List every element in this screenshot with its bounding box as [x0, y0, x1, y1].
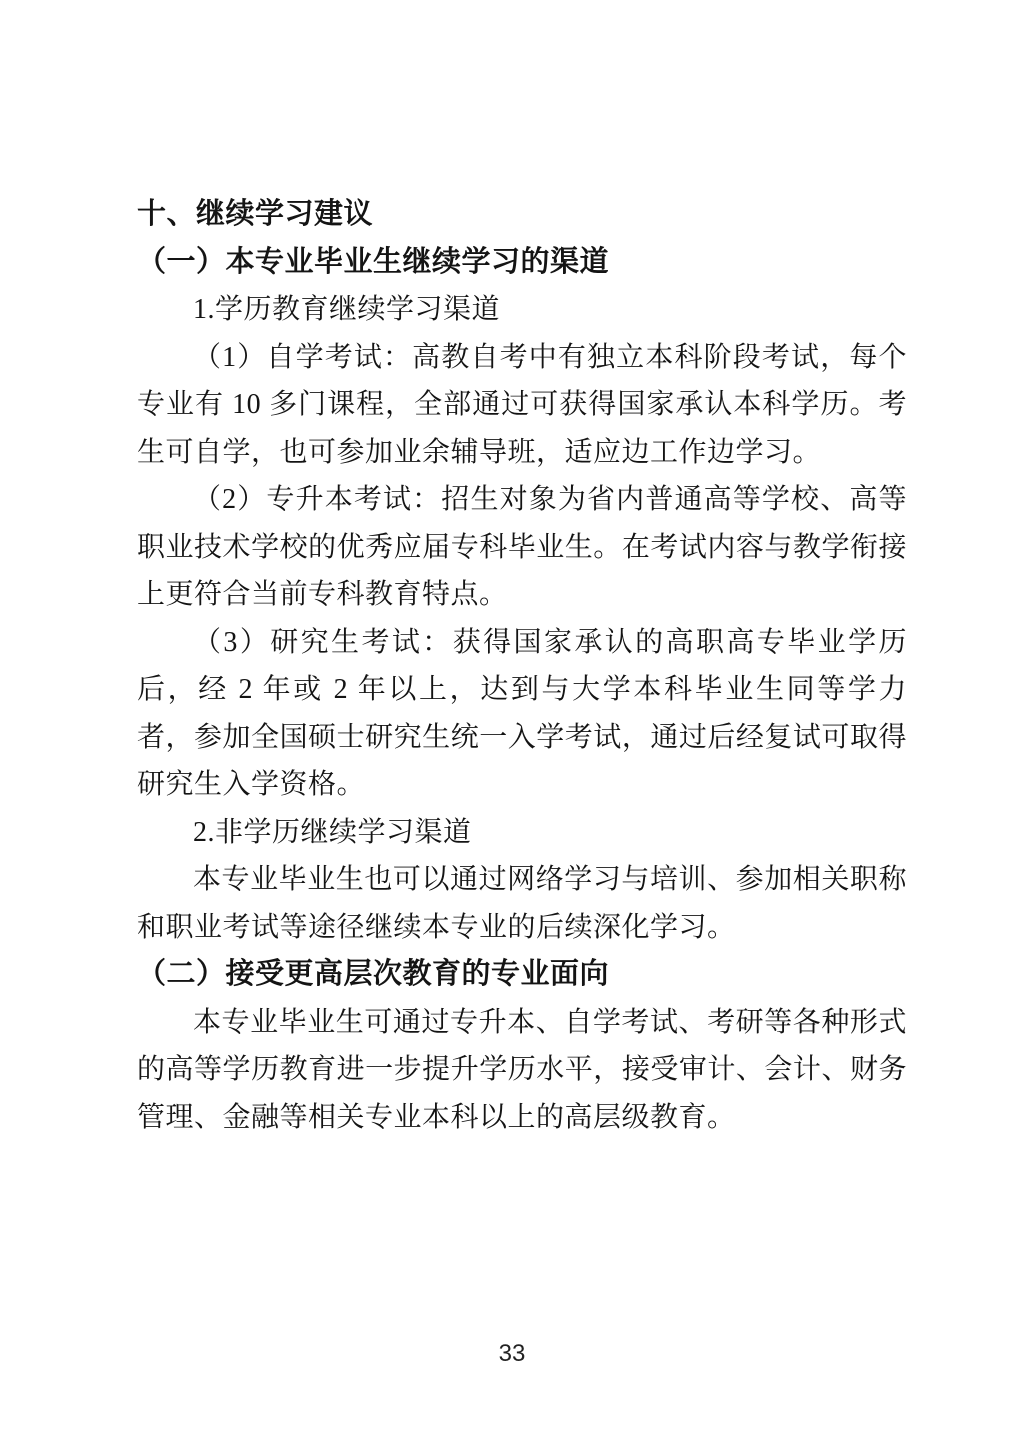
page-footer: 33 — [0, 1340, 1024, 1368]
paragraph-self-study-exam: （1）自学考试：高教自考中有独立本科阶段考试，每个专业有 10 多门课程，全部通… — [137, 334, 907, 477]
document-body: 十、继续学习建议 （一）本专业毕业生继续学习的渠道 1.学历教育继续学习渠道 （… — [137, 191, 907, 1141]
subsection-2-heading: （二）接受更高层次教育的专业面向 — [137, 951, 907, 999]
document-page: 十、继续学习建议 （一）本专业毕业生继续学习的渠道 1.学历教育继续学习渠道 （… — [0, 0, 1024, 1448]
list-heading-degree-education: 1.学历教育继续学习渠道 — [137, 286, 907, 334]
paragraph-postgraduate-exam: （3）研究生考试：获得国家承认的高职高专毕业学历后，经 2 年或 2 年以上，达… — [137, 619, 907, 809]
list-heading-non-degree-education: 2.非学历继续学习渠道 — [137, 809, 907, 857]
page-number: 33 — [499, 1340, 526, 1367]
chapter-heading: 十、继续学习建议 — [137, 191, 907, 239]
paragraph-higher-education-orientation: 本专业毕业生可通过专升本、自学考试、考研等各种形式的高等学历教育进一步提升学历水… — [137, 999, 907, 1142]
subsection-1-heading: （一）本专业毕业生继续学习的渠道 — [137, 239, 907, 287]
paragraph-non-degree-channels: 本专业毕业生也可以通过网络学习与培训、参加相关职称和职业考试等途径继续本专业的后… — [137, 856, 907, 951]
paragraph-upgrade-exam: （2）专升本考试：招生对象为省内普通高等学校、高等职业技术学校的优秀应届专科毕业… — [137, 476, 907, 619]
